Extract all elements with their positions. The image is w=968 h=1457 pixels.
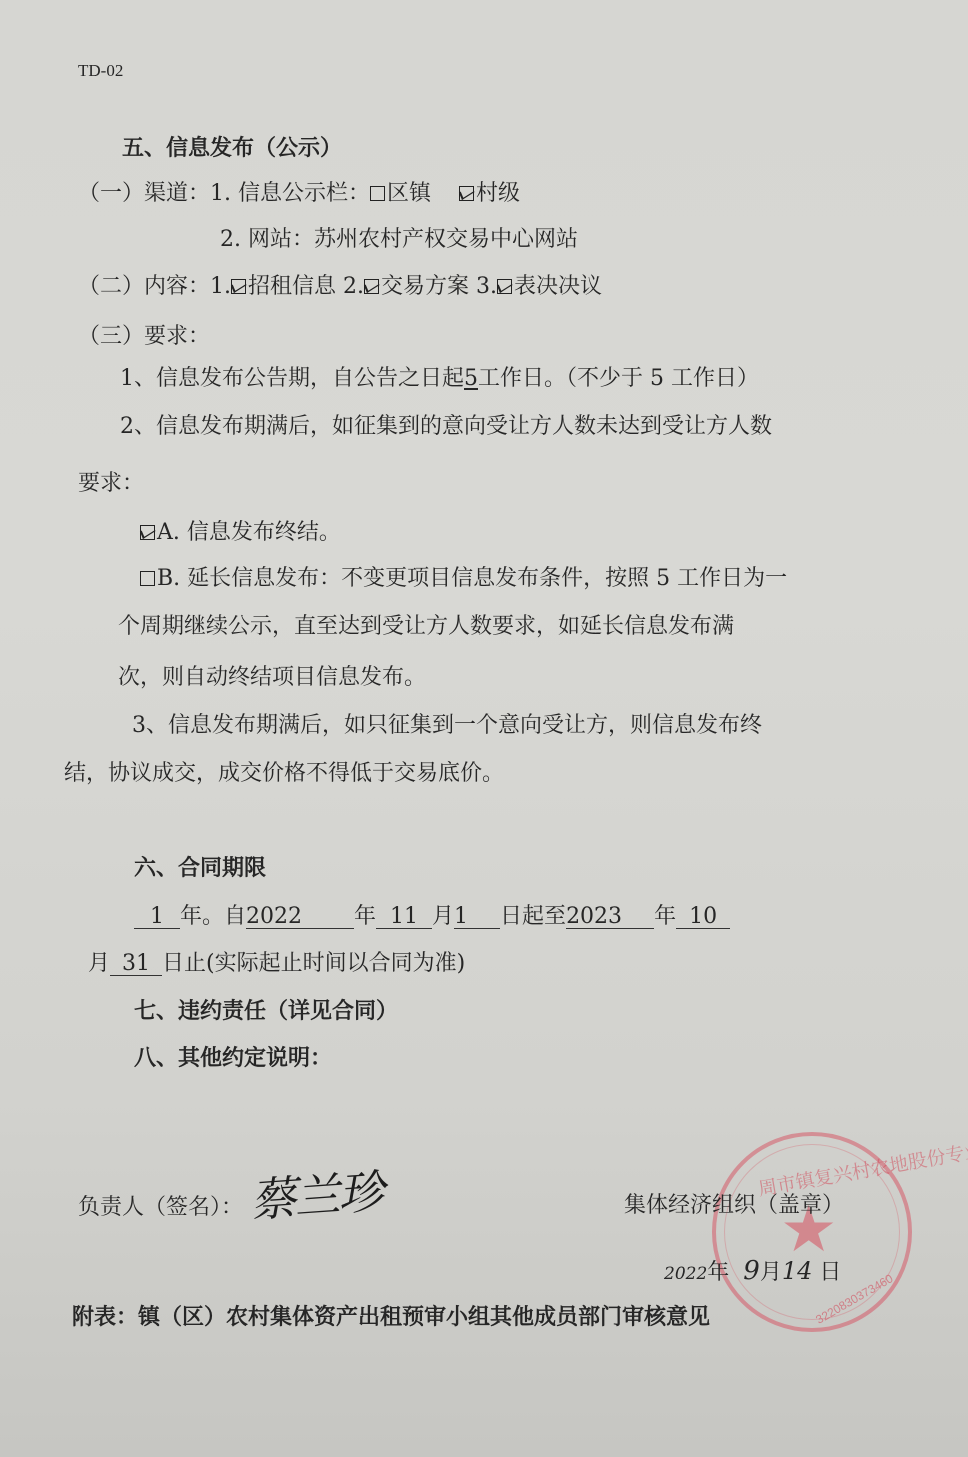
requirement-1: 1、信息发布公告期，自公告之日起5工作日。（不少于 5 工作日） [120,368,759,390]
term-text-yue: 月 [432,904,454,929]
content-item-rental-info: 招租信息 [248,274,336,299]
section-6-title: 六、合同期限 [134,857,266,879]
option-a-row: A. 信息发布终结。 [140,522,341,544]
announcement-days: 5 [464,366,478,391]
section-7-title: 七、违约责任（详见合同） [134,1000,398,1022]
term-text-qizhi: 日起至 [500,904,566,929]
sign-date: 2022年 9月14 日 [664,1258,841,1284]
responsible-person-label: 负责人（签名）： [78,1197,243,1219]
option-b-line2: 个周期继续公示，直至达到受让方人数要求，如延长信息发布满 [118,616,734,638]
checkbox-rental-info[interactable] [231,279,246,294]
channel-item2: 2. 网站：苏州农村产权交易中心网站 [220,229,578,251]
requirements-label: （三）要求： [78,326,210,348]
requirement-3-line2: 结，协议成交，成交价格不得低于交易底价。 [64,763,504,785]
term-text-yue-2: 月 [88,951,110,976]
requirement-2-line2: 要求： [78,473,144,495]
contract-term-row-2: 月31日止(实际起止时间以合同为准) [88,953,465,976]
checkbox-resolution[interactable] [497,279,512,294]
handwritten-signature: 蔡兰珍 [248,1155,384,1230]
start-month: 11 [376,906,432,929]
org-seal-label: 集体经济组织（盖章） [624,1195,844,1217]
channel-row: （一）渠道：1. 信息公示栏：区镇 村级 [78,183,520,205]
option-district-town: 区镇 [387,181,431,206]
term-text-rizhi: 日止(实际起止时间以合同为准) [162,951,465,976]
option-b-line1: B. 延长信息发布：不变更项目信息发布条件，按照 5 工作日为一 [140,568,787,590]
channel-label: （一）渠道： [78,181,210,206]
requirement-1-suffix: 工作日。（不少于 5 工作日） [478,366,759,391]
start-year: 2022 [246,906,354,929]
official-seal: ★ 周市镇复兴村农地股份专业合作社 3220830373460 [712,1132,912,1332]
term-text-nian: 年 [354,904,376,929]
option-b-text-1: B. 延长信息发布：不变更项目信息发布条件，按照 5 工作日为一 [157,566,787,591]
checkbox-village-level[interactable] [459,186,474,201]
checkbox-option-a[interactable] [140,525,155,540]
option-b-line3: 次，则自动终结项目信息发布。 [118,667,426,689]
content-label: （二）内容： [78,274,210,299]
sign-date-ri: 日 [819,1260,841,1285]
content-row: （二）内容：1.招租信息 2.交易方案 3.表决决议 [78,276,602,298]
document-code: TD-02 [78,62,123,79]
start-day: 1 [454,906,500,929]
channel-item1-prefix: 1. 信息公示栏： [210,181,370,206]
sign-date-day: 14 [782,1257,813,1285]
requirement-1-prefix: 1、信息发布公告期，自公告之日起 [120,366,464,391]
option-village-level: 村级 [476,181,520,206]
sign-date-year: 2022 [664,1264,707,1284]
content-item-3-num: 3. [476,274,497,299]
requirement-3-line1: 3、信息发布期满后，如只征集到一个意向受让方，则信息发布终 [132,715,762,737]
sign-date-yue: 月 [760,1260,782,1285]
term-text-1: 年。自 [180,904,246,929]
content-item-2-num: 2. [343,274,364,299]
term-text-nian-2: 年 [654,904,676,929]
sign-date-month: 9 [743,1256,760,1286]
section-8-title: 八、其他约定说明： [134,1047,332,1069]
checkbox-trade-plan[interactable] [364,279,379,294]
end-day: 31 [110,953,162,976]
contract-term-row: 1年。自2022年11月1日起至2023年10 [134,906,730,929]
appendix-note: 附表：镇（区）农村集体资产出租预审小组其他成员部门审核意见 [72,1306,710,1328]
content-item-trade-plan: 交易方案 [381,274,469,299]
checkbox-option-b[interactable] [140,571,155,586]
content-item-1-num: 1. [210,274,231,299]
term-years: 1 [134,906,180,929]
option-a-label: A. 信息发布终结。 [157,520,341,545]
section-5-title: 五、信息发布（公示） [122,137,342,159]
end-month: 10 [676,906,730,929]
sign-date-nian: 年 [707,1260,729,1285]
checkbox-district-town[interactable] [370,186,385,201]
content-item-resolution: 表决决议 [514,274,602,299]
requirement-2-line1: 2、信息发布期满后，如征集到的意向受让方人数未达到受让方人数 [120,416,772,438]
end-year: 2023 [566,906,654,929]
